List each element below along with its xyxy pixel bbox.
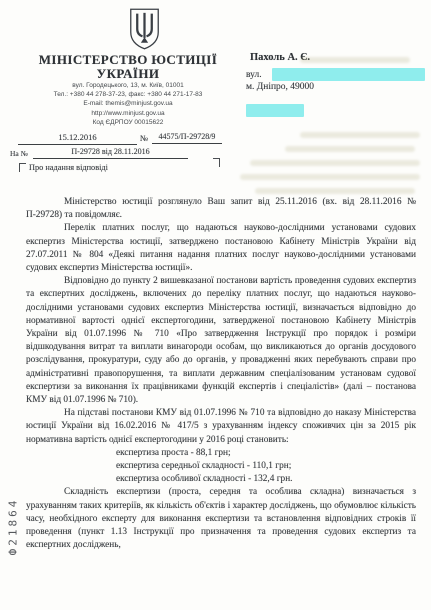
bleed-through-artifact — [240, 174, 420, 180]
number-sign: № — [140, 133, 148, 143]
recipient-city-postcode: м. Дніпро, 49000 — [246, 82, 314, 92]
price-list-item-simple: експертиза проста - 88,1 грн; — [26, 447, 416, 460]
ministry-name-line1: МІНІСТЕРСТВО ЮСТИЦІЇ — [8, 53, 248, 67]
price-list-item-medium: експертиза середньої складності - 110,1 … — [26, 460, 416, 473]
incoming-reference: П-29728 від 28.11.2016 — [33, 147, 188, 159]
body-paragraph-4: На підставі постанови КМУ від 01.07.1996… — [26, 407, 416, 447]
reply-to-label: На № — [10, 149, 28, 158]
letterhead-edrpou: Код ЄДРПОУ 00015622 — [8, 118, 248, 127]
letterhead-phone-fax: Тел.: +380 44 278-37-23, факс: +380 44 2… — [8, 90, 248, 99]
body-paragraph-2: Перелік платних послуг, що надаються нау… — [26, 222, 416, 275]
letter-date: 15.12.2016 — [18, 132, 137, 145]
trident-emblem-icon — [128, 8, 161, 50]
body-closing-paragraph: Складність експертизи (проста, середня т… — [26, 486, 416, 552]
body-paragraph-1: Міністерство юстиції розглянуло Ваш запи… — [26, 196, 416, 222]
letterhead-contact-block: вул. Городецького, 13, м. Київ, 01001 Те… — [8, 81, 248, 127]
subject-corner-right — [213, 158, 220, 167]
subject-corner-left — [19, 163, 26, 172]
subject-line: Про надання відповіді — [29, 163, 108, 172]
ministry-name-line2: УКРАЇНИ — [8, 67, 248, 81]
margin-stamp-number: Ф21864 — [7, 492, 20, 562]
recipient-street-prefix: вул. — [246, 70, 262, 80]
letter-body: Міністерство юстиції розглянуло Ваш запи… — [26, 196, 416, 552]
bleed-through-artifact — [300, 57, 410, 63]
trident-base — [141, 37, 148, 43]
letterhead-email: E-mail: themis@minjust.gov.ua — [8, 99, 248, 108]
body-paragraph-3: Відповідно до пункту 2 вишевказаної пост… — [26, 275, 416, 407]
bleed-through-artifact — [255, 188, 415, 194]
price-list-item-complex: експертиза особливої складності - 132,4 … — [26, 473, 416, 486]
bleed-through-artifact — [285, 146, 415, 152]
ministry-name: МІНІСТЕРСТВО ЮСТИЦІЇ УКРАЇНИ — [8, 53, 248, 81]
bleed-through-artifact — [250, 160, 420, 166]
letterhead-address: вул. Городецького, 13, м. Київ, 01001 — [8, 81, 248, 90]
redacted-info-block — [246, 104, 304, 117]
redacted-street-block — [272, 68, 425, 81]
scanned-letter-page: МІНІСТЕРСТВО ЮСТИЦІЇ УКРАЇНИ вул. Городе… — [0, 0, 431, 610]
bleed-through-artifact — [300, 132, 420, 138]
outgoing-number: 44575/П-29728/9 — [152, 132, 222, 144]
letterhead-website: http://www.minjust.gov.ua — [8, 109, 248, 118]
